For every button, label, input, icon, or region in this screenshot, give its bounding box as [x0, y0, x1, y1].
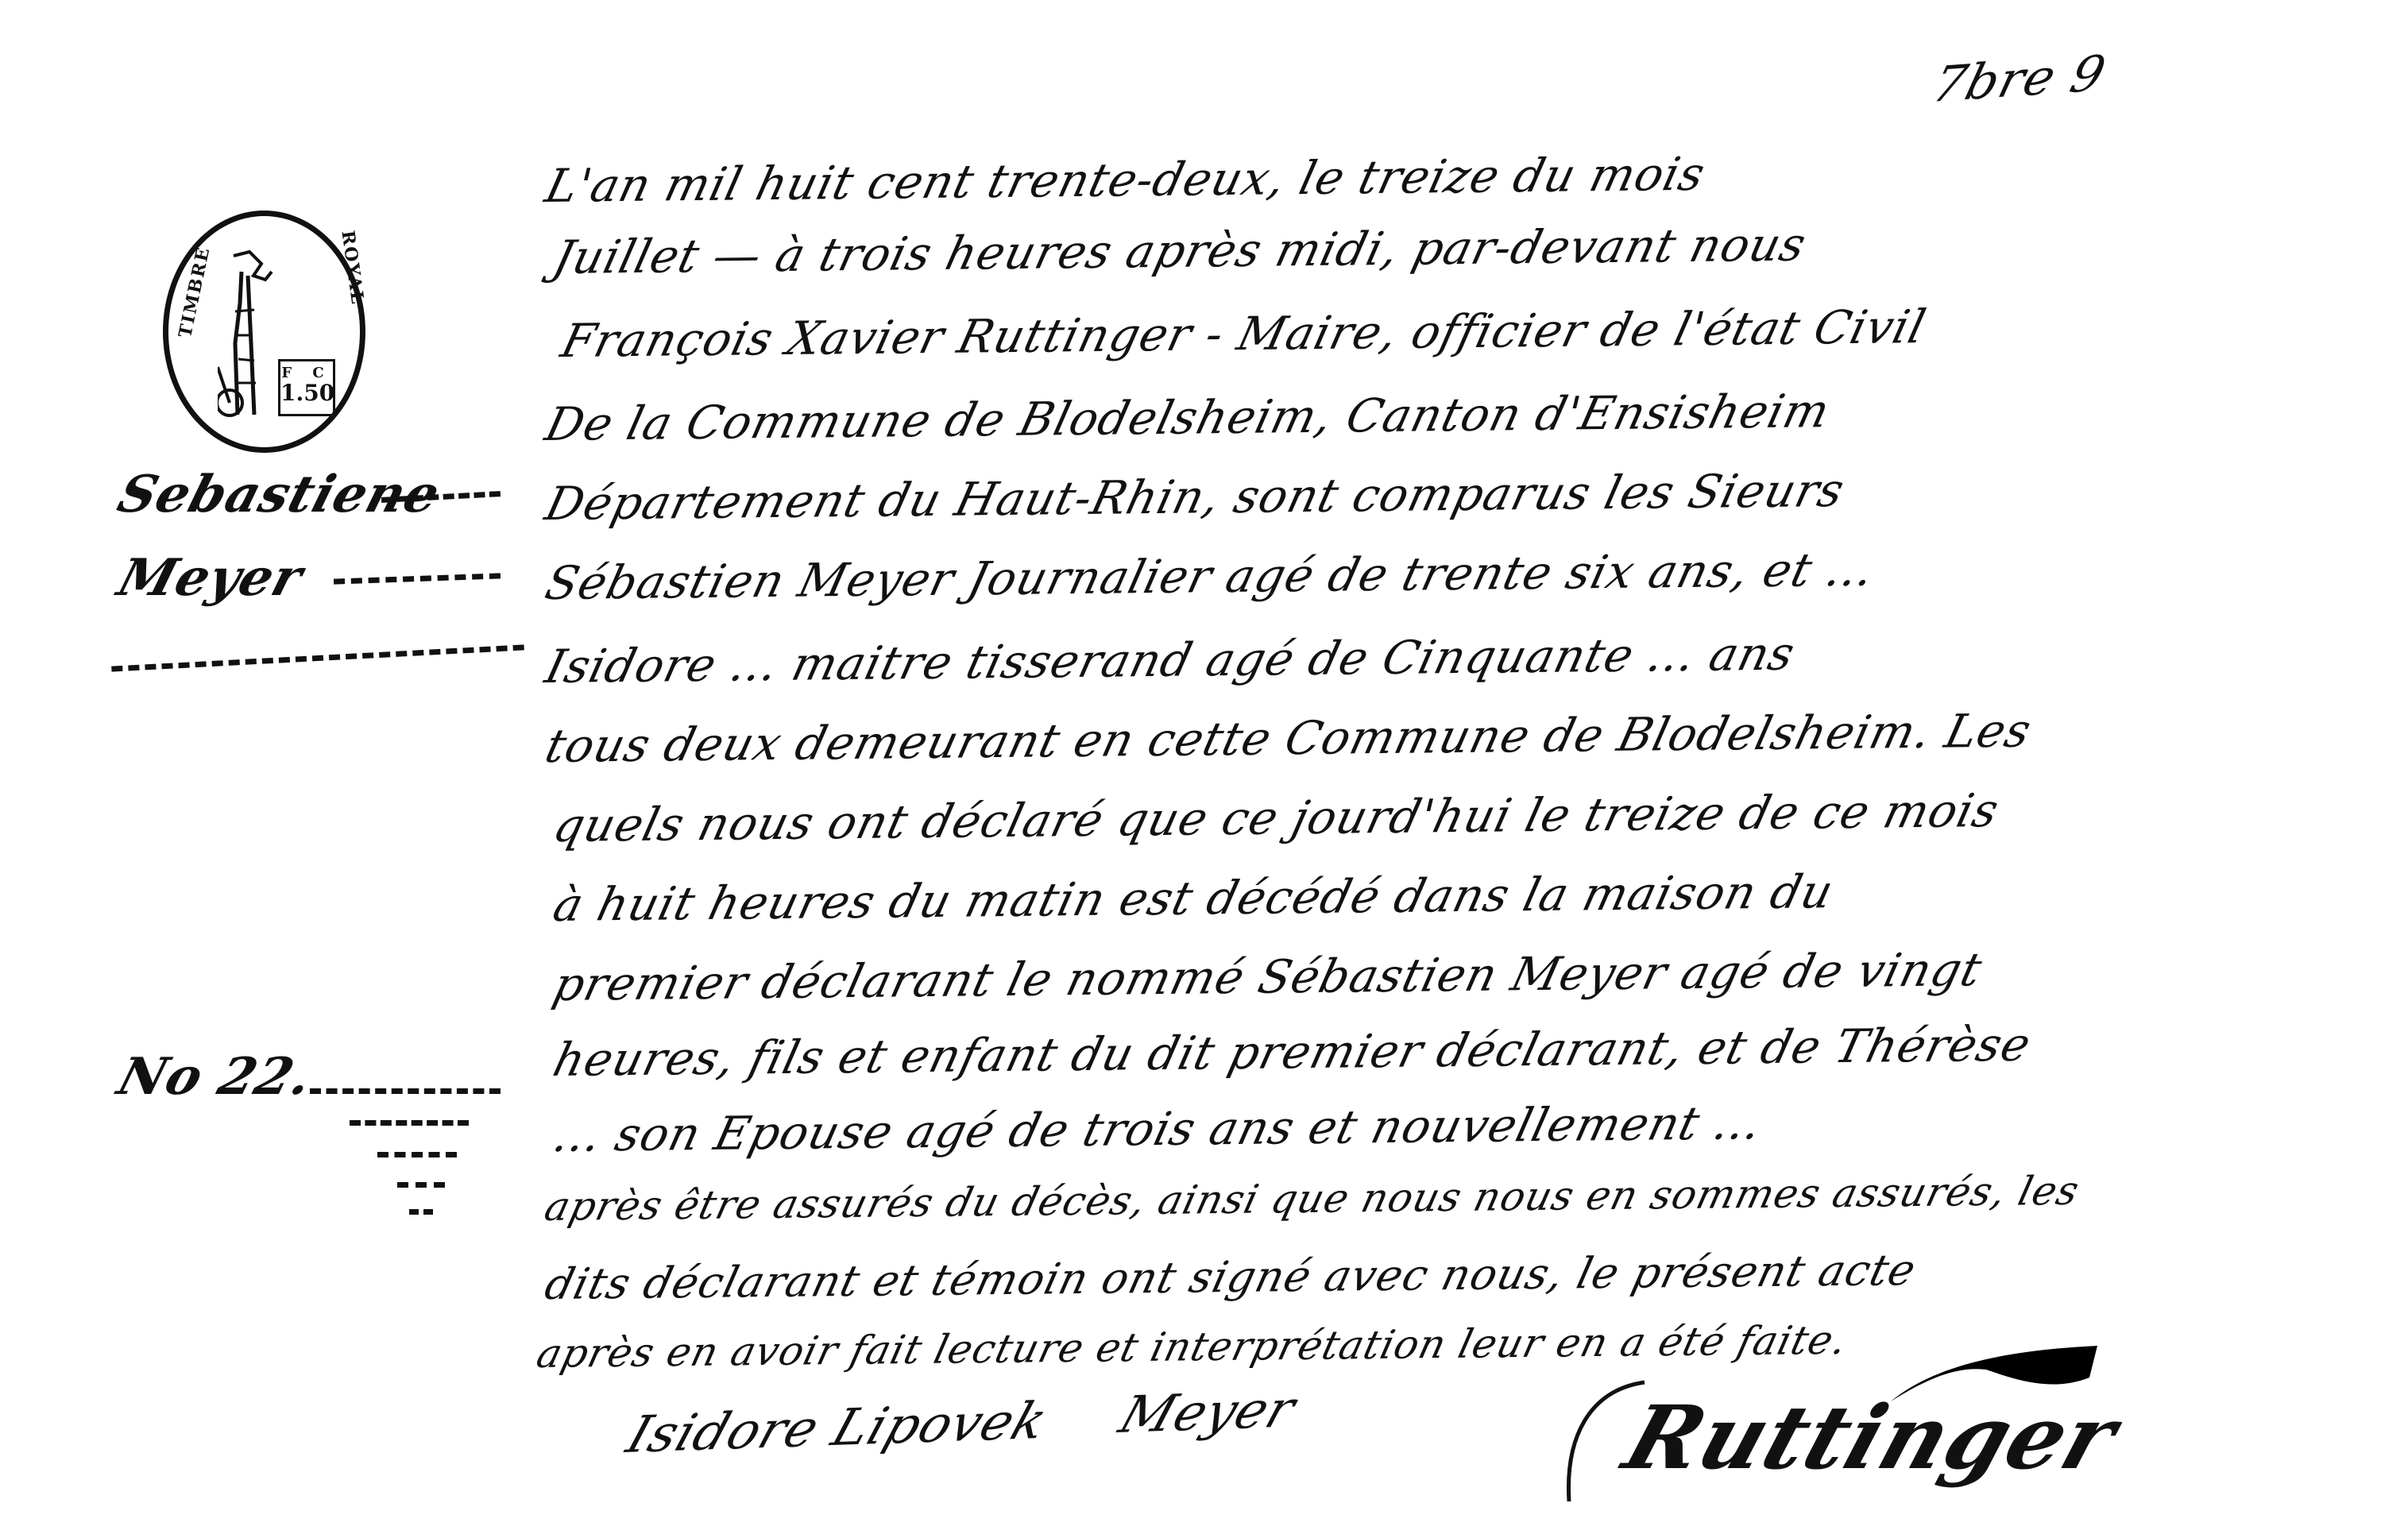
record-line-16: après en avoir fait lecture et interprét… — [532, 1317, 1852, 1377]
margin-dash-line — [397, 1182, 445, 1188]
signature-mayor: Ruttinger — [1613, 1386, 2130, 1489]
margin-deceased-last-name: Meyer — [111, 548, 310, 608]
stamp-price: 1.50 — [280, 380, 333, 406]
death-record-page: 7bre 9 TIMBRE ROYAL F C 1.50 Sebastiene … — [0, 0, 2408, 1538]
record-line-9: quels nous ont déclaré que ce jourd'hui … — [548, 783, 2004, 852]
margin-record-number: No 22. — [111, 1047, 319, 1107]
margin-dash-line — [334, 573, 501, 584]
record-line-5: Département du Haut-Rhin, sont comparus … — [540, 463, 1850, 531]
margin-deceased-first-name: Sebastiene — [111, 465, 447, 524]
record-line-2: Juillet — à trois heures après midi, par… — [548, 218, 1811, 284]
margin-dash-line — [350, 1120, 469, 1126]
stamp-value-label: F C — [280, 365, 333, 381]
record-line-13: ... son Epouse agé de trois ans et nouve… — [548, 1096, 1768, 1162]
record-line-3: François Xavier Ruttinger - Maire, offic… — [556, 299, 1931, 368]
stamp-value-box: F C 1.50 — [278, 359, 335, 416]
stamp-legend-right: ROYAL — [337, 230, 368, 307]
margin-dash-line — [111, 644, 524, 671]
margin-dash-line — [310, 1088, 501, 1094]
record-line-4: De la Commune de Blodelsheim, Canton d'E… — [540, 384, 1835, 451]
margin-dash-line — [377, 1152, 457, 1157]
record-line-14: après être assurés du décès, ainsi que n… — [540, 1168, 2084, 1230]
record-line-1: L'an mil huit cent trente-deux, le treiz… — [540, 147, 1710, 213]
signature-declarant: Meyer — [1112, 1381, 1303, 1445]
record-line-6: Sébastien Meyer Journalier agé de trente… — [540, 543, 1880, 610]
allegorical-figure-icon — [218, 248, 273, 423]
top-right-date-note: 7bre 9 — [1927, 44, 2112, 114]
record-line-12: heures, fils et enfant du dit premier dé… — [548, 1018, 2036, 1087]
record-line-10: à huit heures du matin est décédé dans l… — [548, 864, 1839, 932]
stamp-legend-left: TIMBRE — [175, 245, 215, 340]
signature-witness: Isidore Lipovek — [620, 1392, 1055, 1465]
record-line-8: tous deux demeurant en cette Commune de … — [540, 703, 2037, 773]
record-line-15: dits déclarant et témoin ont signé avec … — [540, 1245, 1921, 1309]
record-line-7: Isidore ... maitre tisserand agé de Cinq… — [540, 627, 1800, 694]
record-line-11: premier déclarant le nommé Sébastien Mey… — [548, 942, 1988, 1011]
margin-dash-line — [409, 1209, 433, 1215]
royal-stamp: TIMBRE ROYAL F C 1.50 — [163, 211, 365, 453]
